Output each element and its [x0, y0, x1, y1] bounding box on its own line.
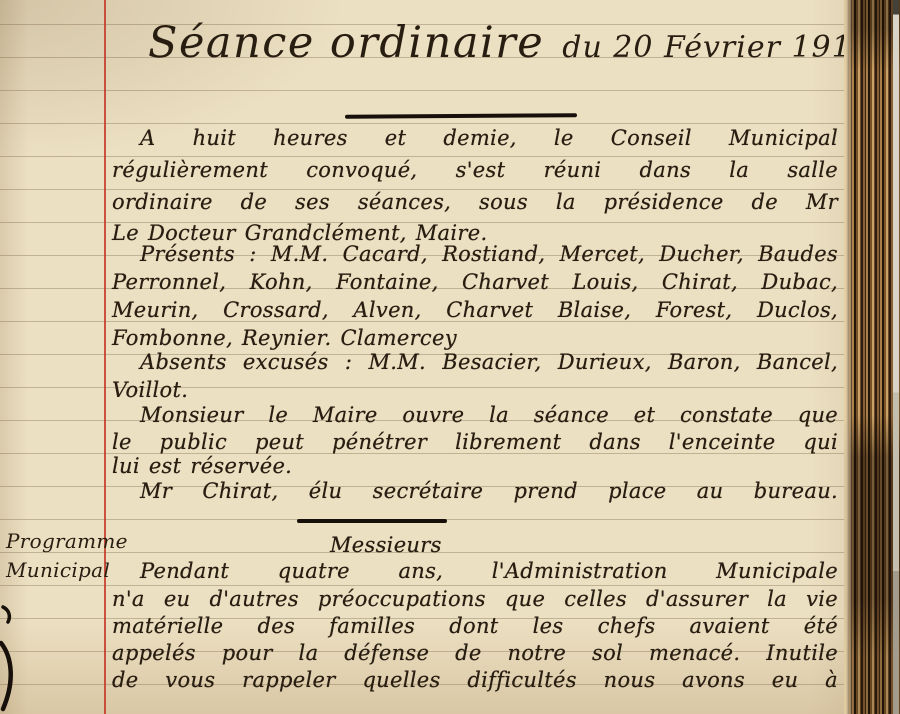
manuscript-line: matérielle des familles dont les chefs a… — [112, 614, 838, 644]
manuscript-line: Pendant quatre ans, l'Administration Mun… — [140, 559, 838, 589]
page-edge-sliver — [893, 0, 899, 714]
manuscript-line: de vous rappeler quelles difficultés nou… — [112, 668, 838, 698]
manuscript-line: n'a eu d'autres préoccupations que celle… — [112, 587, 838, 617]
manuscript-line: Mr Chirat, élu secrétaire prend place au… — [140, 479, 838, 509]
manuscript-line: appelés pour la défense de notre sol men… — [112, 641, 838, 671]
stray-ink-mark — [0, 595, 24, 713]
manuscript-line: A huit heures et demie, le Conseil Munic… — [140, 126, 838, 156]
manuscript-line: régulièrement convoqué, s'est réuni dans… — [112, 158, 838, 188]
margin-note: Programme Municipal — [6, 527, 106, 585]
manuscript-line: Présents : M.M. Cacard, Rostiand, Mercet… — [140, 242, 838, 272]
manuscript-line: Absents excusés : M.M. Besacier, Durieux… — [140, 350, 838, 380]
margin-note-line1: Programme — [6, 527, 106, 556]
manuscript-line: ordinaire de ses séances, sous la présid… — [112, 190, 838, 220]
margin-note-line2: Municipal — [6, 556, 106, 585]
book-binding-edge — [844, 0, 900, 714]
manuscript-line: Monsieur le Maire ouvre la séance et con… — [140, 403, 838, 433]
manuscript-line: Perronnel, Kohn, Fontaine, Charvet Louis… — [112, 270, 838, 300]
register-page: Séance ordinairedu 20 Février 1919 Progr… — [0, 0, 900, 714]
manuscript-line: Meurin, Crossard, Alven, Charvet Blaise,… — [112, 298, 838, 328]
entry-body: A huit heures et demie, le Conseil Munic… — [112, 0, 838, 714]
red-margin-rule — [104, 0, 106, 714]
